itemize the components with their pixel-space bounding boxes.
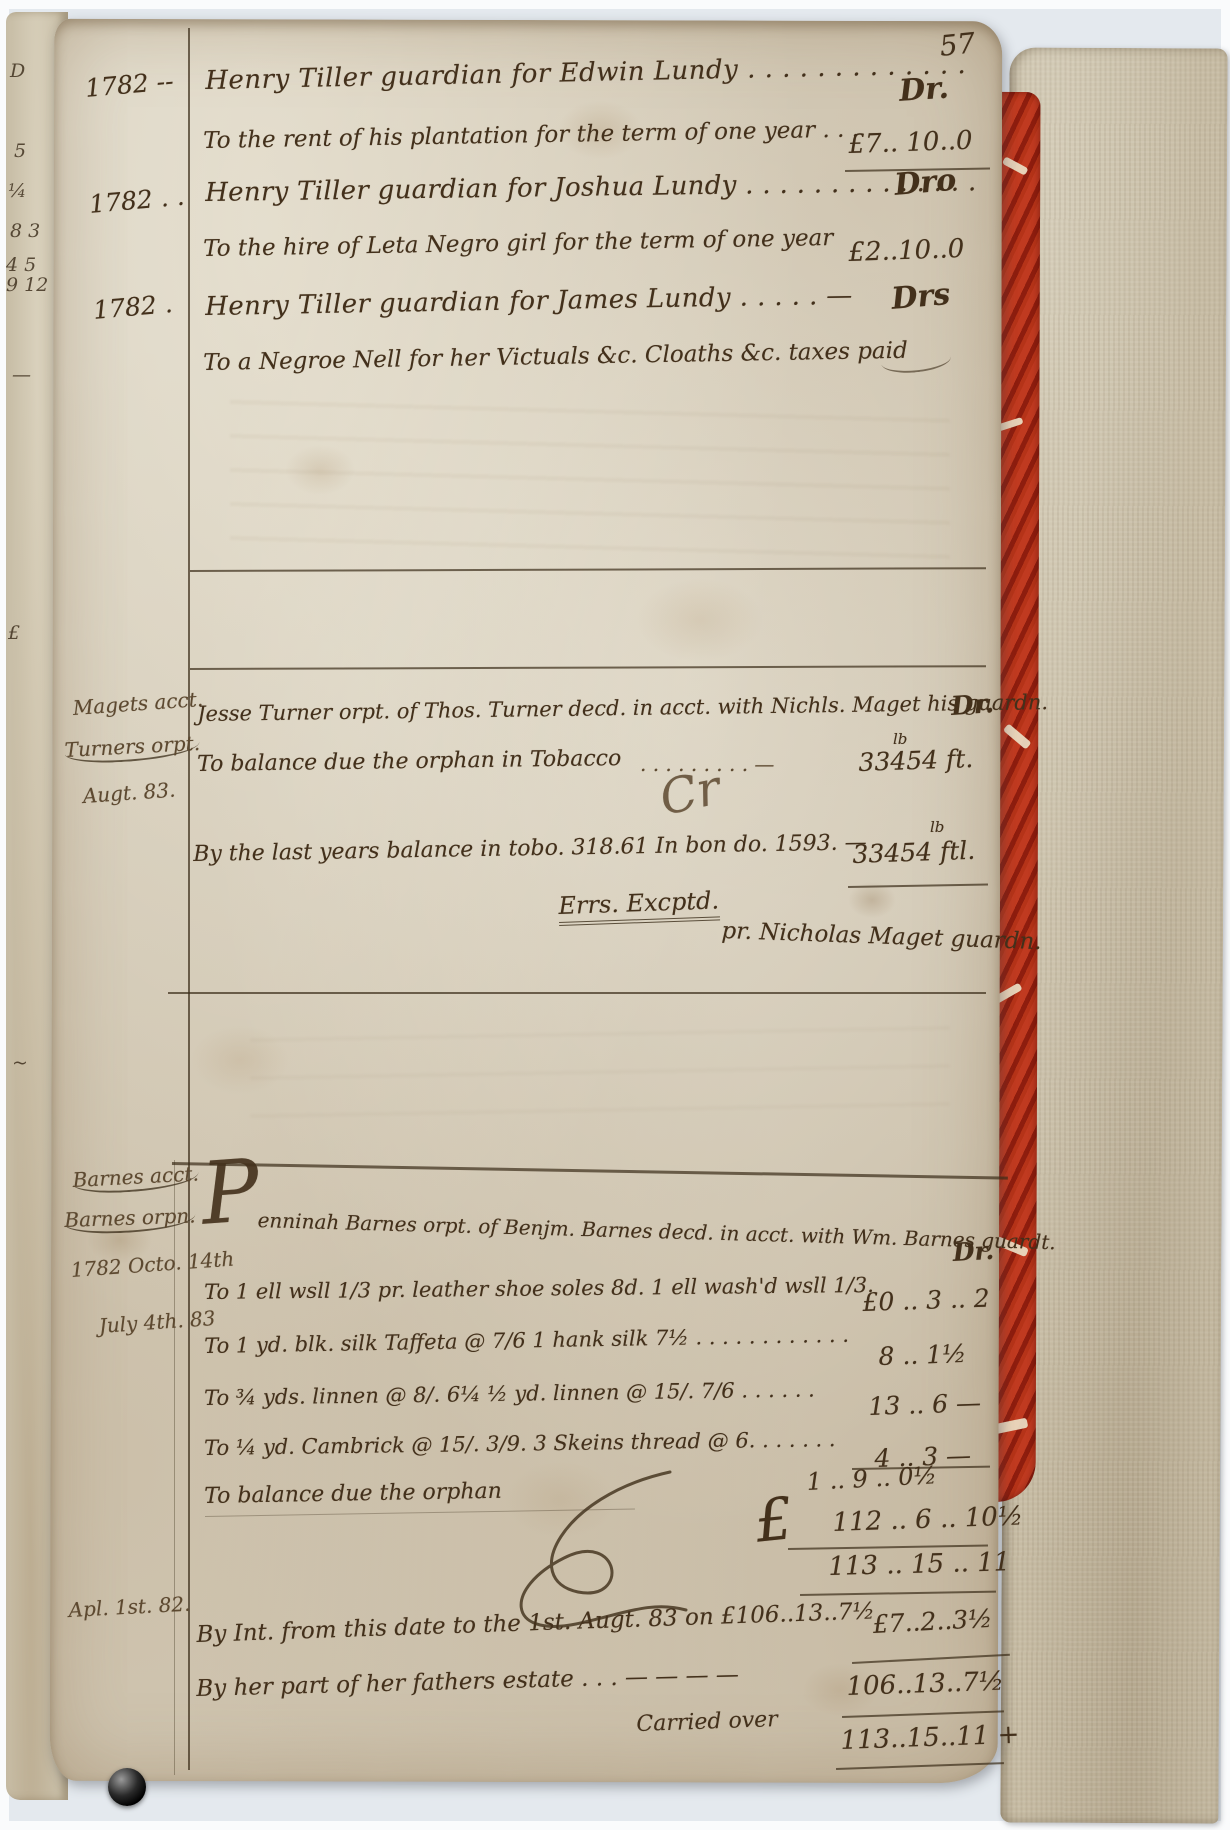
errors-excepted: Errs. Excptd. bbox=[558, 886, 720, 926]
entry-dr-label: Dro bbox=[893, 163, 958, 203]
edge-fragment: ¼ bbox=[8, 180, 26, 202]
pin-marker bbox=[108, 1768, 146, 1806]
crack-mark bbox=[1002, 156, 1029, 175]
item-amount: 8 .. 1½ bbox=[878, 1339, 967, 1371]
column-rule-vertical bbox=[188, 28, 190, 1770]
entry-dr-label: Drs bbox=[890, 277, 952, 317]
crack-mark bbox=[1003, 723, 1032, 749]
edge-fragment: 8 3 bbox=[10, 220, 40, 242]
entry-amount: £2..10..0 bbox=[848, 234, 965, 268]
carried-over-amount: 113..15..11 + bbox=[840, 1720, 1020, 1756]
initial-flourish: P bbox=[198, 1141, 263, 1245]
edge-fragment: D bbox=[10, 60, 25, 82]
pound-sign: £ bbox=[752, 1484, 796, 1555]
tobacco-amount: 33454 ft. bbox=[858, 744, 974, 777]
item-line: To balance due the orphan bbox=[204, 1479, 502, 1509]
edge-fragment: 4 5 bbox=[6, 254, 36, 276]
edge-fragment: ~ bbox=[12, 1052, 28, 1074]
unit-superscript: lb bbox=[930, 818, 944, 836]
item-amount: 13 .. 6 — bbox=[868, 1388, 981, 1421]
carried-over-label: Carried over bbox=[636, 1707, 778, 1737]
unit-superscript: lb bbox=[893, 730, 907, 748]
bleedthrough-ghost-writing bbox=[250, 1020, 950, 1140]
item-amount: £0 .. 3 .. 2 bbox=[862, 1284, 990, 1317]
edge-fragment: £ bbox=[8, 622, 20, 644]
edge-fragment: — bbox=[12, 364, 31, 386]
account-header-dr: Dr. bbox=[952, 1236, 995, 1267]
entry-dr-label: Dr. bbox=[898, 71, 950, 109]
account-header-dr: Dr. bbox=[950, 689, 995, 722]
by-amount: 106..13..7½ bbox=[846, 1667, 1004, 1702]
total-amount: 113 .. 15 .. 11 bbox=[828, 1547, 1011, 1582]
bleedthrough-ghost-writing bbox=[230, 400, 950, 570]
photo-background: D 5 ¼ 8 3 4 5 9 12 — £ ~ 57 1782 -- Henr… bbox=[0, 0, 1230, 1830]
edge-fragment: 5 bbox=[14, 140, 26, 162]
section-rule bbox=[168, 992, 986, 994]
tobacco-amount: 33454 ftl. bbox=[852, 836, 976, 869]
edge-fragment: 9 12 bbox=[6, 274, 48, 296]
entry-amount: £7.. 10..0 bbox=[848, 126, 973, 160]
